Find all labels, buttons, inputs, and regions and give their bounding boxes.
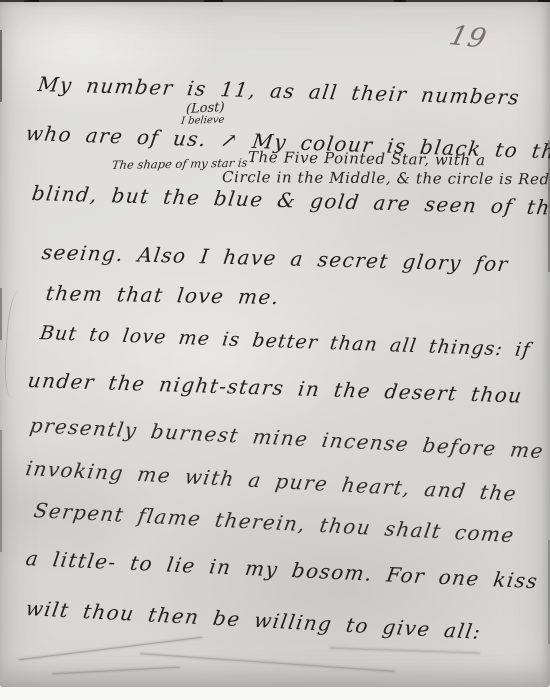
handwritten-line-6: But to love me is better than all things… xyxy=(39,324,532,360)
paper-edge-shadow xyxy=(0,430,2,552)
manuscript-photo: 19 My number is 11, as all their numbers… xyxy=(0,0,550,700)
handwritten-line-1: My number is 11, as all their numbers xyxy=(37,74,522,107)
handwritten-line-12: wilt thou then be willing to give all: xyxy=(24,598,483,642)
handwritten-line-5: them that love me. xyxy=(45,283,281,307)
handwritten-line-9: invoking me with a pure heart, and the xyxy=(24,458,518,504)
paper-wrinkle xyxy=(19,637,203,661)
manuscript-page: 19 My number is 11, as all their numbers… xyxy=(0,2,550,687)
paper-wrinkle xyxy=(52,667,180,675)
handwritten-line-10: Serpent flame therein, thou shalt come xyxy=(32,500,516,545)
handwritten-line-4: seeing. Also I have a secret glory for xyxy=(41,242,510,274)
paper-edge-shadow xyxy=(0,288,2,340)
handwritten-line-8: presently burnest mine incense before me xyxy=(28,415,545,461)
page-number: 19 xyxy=(446,20,490,54)
scan-background-strip xyxy=(0,687,550,700)
paper-wrinkle xyxy=(140,653,394,672)
paper-wrinkle xyxy=(330,647,480,653)
handwritten-line-3: blind, but the blue & gold are seen of t… xyxy=(31,183,550,218)
insertion-star-note-line2: Circle in the Middle, & the circle is Re… xyxy=(222,168,550,188)
handwritten-line-11: a little- to lie in my bosom. For one ki… xyxy=(24,548,539,591)
paper-edge-shadow xyxy=(0,30,2,102)
handwritten-line-7: under the night-stars in the desert thou xyxy=(27,370,524,405)
insertion-star-note-line1: The Five Pointed Star, with a xyxy=(248,148,486,169)
paper-crease xyxy=(2,289,28,398)
insertion-lost-note-sub: I believe xyxy=(180,114,224,127)
